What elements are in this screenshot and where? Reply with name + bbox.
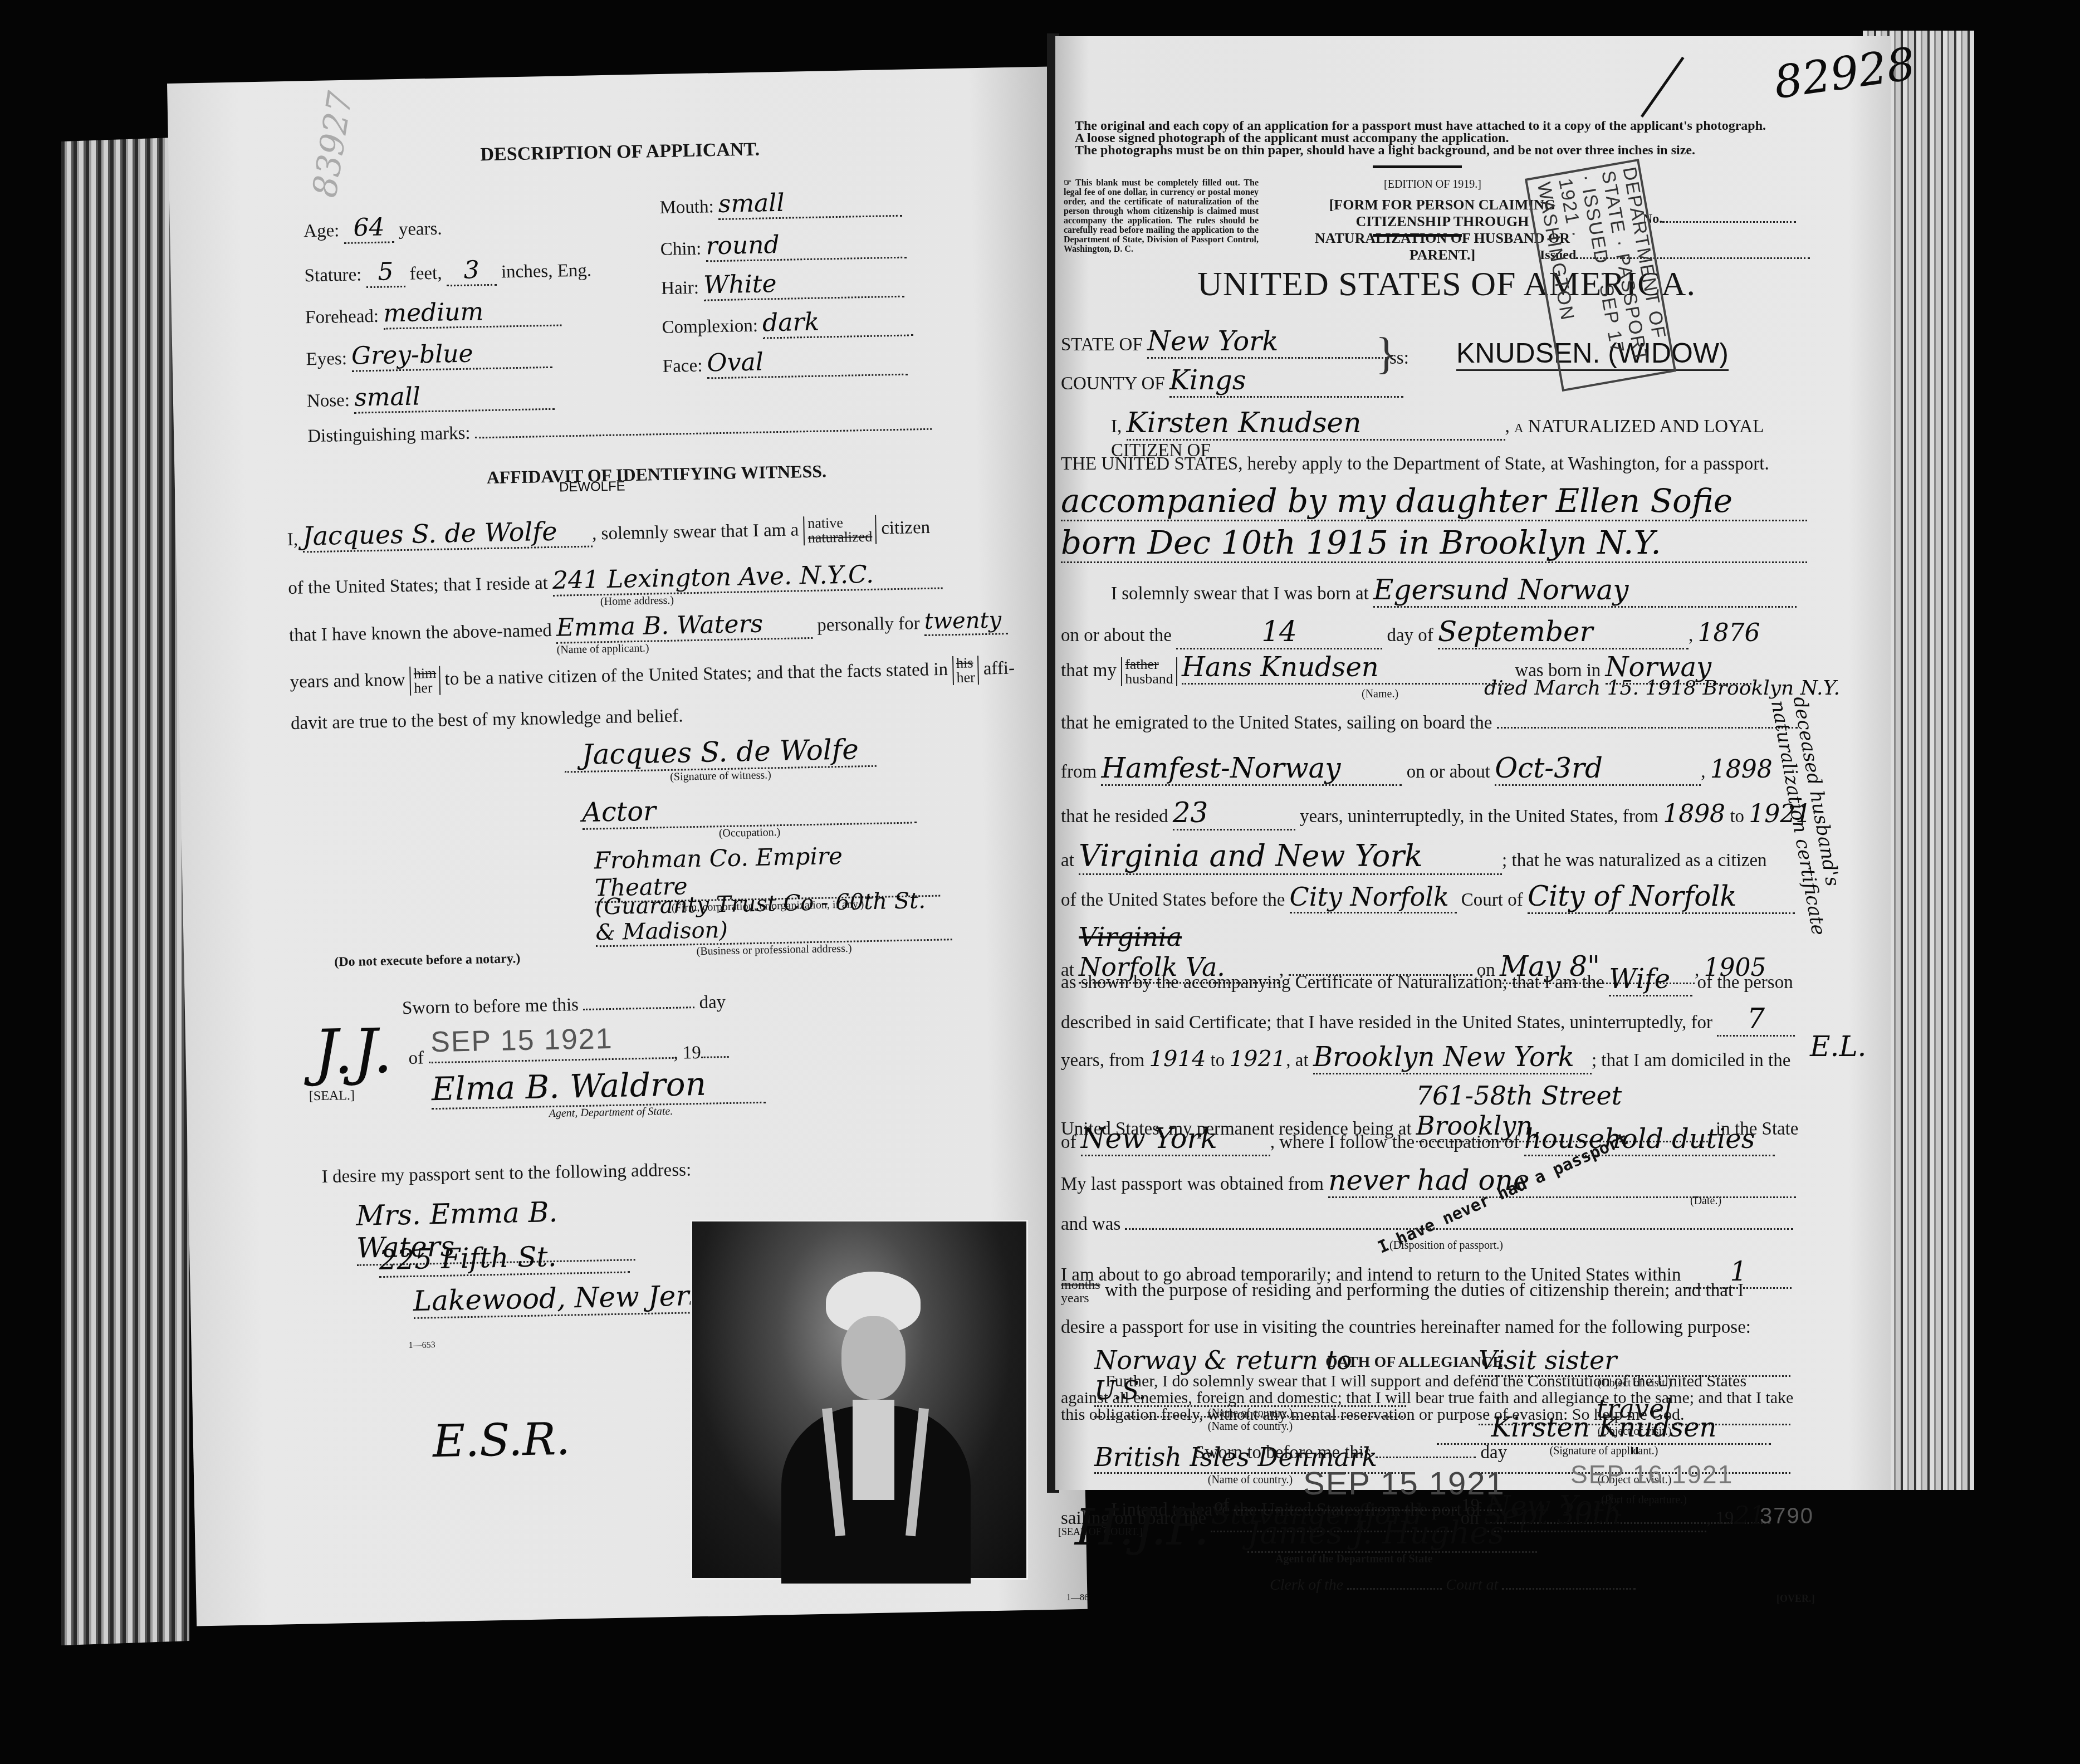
right-page: 82928 The original and each copy of an a…	[1055, 36, 1891, 1490]
number-field: No.	[1643, 212, 1796, 227]
agent-signature-block: Elma B. Waldron Agent, Department of Sta…	[431, 1064, 766, 1123]
husband-died-note: died March 15. 1918 Brooklyn N.Y.	[1484, 677, 1840, 700]
affidavit-line-1: I, Jacques S. de Wolfe, solemnly swear t…	[287, 507, 1011, 555]
applicant-name: Kirsten Knudsen	[1127, 407, 1505, 441]
mailing-line-2: 225 Fifth St.	[379, 1239, 630, 1278]
witness-signature-block: Jacques S. de Wolfe (Signature of witnes…	[564, 733, 877, 786]
over-label: [OVER.]	[1776, 1593, 1815, 1605]
right-agent-signature: James J. Hughes	[1247, 1515, 1537, 1553]
witness-seal-label: [SEAL.]	[309, 1088, 355, 1105]
forehead-field: Forehead: medium	[305, 296, 562, 331]
desire-line: desire a passport for use in visiting th…	[1061, 1317, 1841, 1338]
book-page-edges-left	[61, 137, 189, 1645]
complexion-field: Complexion: dark	[662, 306, 913, 341]
birthplace: Egersund Norway	[1373, 574, 1797, 608]
stature-field: Stature: 5 feet, 3 inches, Eng.	[304, 253, 592, 289]
emigrated-line: that he emigrated to the United States, …	[1061, 713, 1841, 734]
clerk-line: Clerk of the Court at	[1270, 1576, 1636, 1594]
mouth-field: Mouth: small	[659, 187, 902, 221]
affidavit-line-3: that I have known the above-named Emma B…	[288, 605, 1013, 662]
name-caption: (Name.)	[1362, 688, 1398, 701]
state-occupation-line: of New York, where I follow the occupati…	[1061, 1122, 1841, 1156]
notary-note: (Do not execute before a notary.)	[334, 951, 521, 970]
witness-occupation: Actor	[582, 790, 917, 830]
right-form-number: 1—86	[1066, 1593, 1089, 1603]
accompanied-line-2: born Dec 10th 1915 in Brooklyn N.Y.	[1061, 524, 1807, 563]
witness-business-address-block: (Guaranty Trust Co - 60th St. & Madison)…	[595, 887, 952, 960]
last-passport-line: My last passport was obtained from never…	[1061, 1164, 1841, 1198]
edition-label: [EDITION OF 1919.]	[1384, 178, 1481, 191]
county-field: COUNTY OF Kings	[1061, 365, 1403, 398]
husband-name: Hans Knudsen	[1182, 652, 1510, 685]
divider-top	[1373, 165, 1462, 168]
margin-initials: E.L.	[1810, 1030, 1867, 1063]
purpose-line: months years with the purpose of residin…	[1061, 1278, 1841, 1305]
apply-line: THE UNITED STATES, hereby apply to the D…	[1061, 454, 1769, 475]
resided-at-line: at Virginia and New York; that he was na…	[1061, 838, 1841, 875]
date-caption: (Date.)	[1690, 1195, 1721, 1208]
disposition-caption: (Disposition of passport.)	[1389, 1239, 1503, 1252]
accompanied-line-1: accompanied by my daughter Ellen Sofie	[1061, 482, 1807, 521]
sworn-of-line: of 19	[1214, 1496, 1502, 1516]
and-was-line: and was	[1061, 1214, 1841, 1235]
ss-label: ss:	[1389, 348, 1409, 369]
oath-title: OATH OF ALLEGIANCE.	[1325, 1353, 1507, 1371]
from-line: from Hamfest-Norway on or about Oct-3rd,…	[1061, 752, 1841, 786]
applicant-line: I, Kirsten Knudsen, a NATURALIZED AND LO…	[1111, 407, 1835, 461]
description-title: DESCRIPTION OF APPLICANT.	[480, 139, 760, 166]
photo-instructions: The original and each copy of an applica…	[1075, 120, 1799, 157]
agent-signature: Elma B. Waldron	[431, 1064, 766, 1110]
chin-field: Chin: round	[660, 228, 907, 263]
faint-corner-number: 83927	[305, 89, 360, 200]
hair-field: Hair: White	[661, 267, 904, 302]
stamp-number: 3790	[1760, 1504, 1814, 1529]
received-date-stamp: SEP 16 1921	[1570, 1459, 1733, 1489]
side-note: ☞ This blank must be completely filled o…	[1064, 178, 1259, 254]
sworn-line: Sworn to before me this day	[1195, 1443, 1507, 1463]
applicant-name: Emma B. Waters	[556, 609, 813, 644]
age-field: Age: 64 years.	[304, 212, 443, 245]
mailing-initials: E.S.R.	[432, 1413, 571, 1468]
court-line: of the United States before the City Nor…	[1061, 880, 1841, 914]
witness-occupation-block: Actor (Occupation.)	[582, 790, 917, 843]
resided-line: that he resided 23 years, uninterruptedl…	[1061, 797, 1841, 830]
affidavit-line-2: of the United States; that I reside at 2…	[288, 558, 1012, 614]
state-field: STATE OF New York	[1061, 326, 1387, 359]
seal-initials-right: H.J.F.	[1075, 1498, 1210, 1557]
affidavit-line-5: davit are true to the best of my knowled…	[291, 706, 683, 734]
witness-signature: Jacques S. de Wolfe	[564, 733, 877, 773]
nose-field: Nose: small	[306, 380, 555, 415]
witness-business-address: (Guaranty Trust Co - 60th St. & Madison)	[595, 887, 952, 947]
witness-sworn-line: Sworn to before me this day	[402, 992, 726, 1019]
left-form-number: 1—653	[408, 1340, 435, 1351]
applicant-photograph	[691, 1220, 1028, 1580]
face-field: Face: Oval	[662, 345, 908, 380]
affidavit-title: AFFIDAVIT OF IDENTIFYING WITNESS.	[486, 461, 826, 488]
affidavit-line-4: years and know him her to be a native ci…	[290, 654, 1042, 698]
witness-name: Jacques S. de Wolfe	[302, 516, 593, 553]
photo-collar	[853, 1400, 894, 1500]
self-residence-line: years, from 1914 to 1921, at Brooklyn Ne…	[1061, 1042, 1841, 1074]
mailing-label: I desire my passport sent to the followi…	[321, 1160, 691, 1188]
birth-date-line: on or about the 14 day of September, 187…	[1061, 615, 1841, 649]
applicant-signature: Kirsten Knudsen	[1437, 1412, 1771, 1445]
eyes-field: Eyes: Grey-blue	[306, 338, 552, 373]
witness-name-annotation: DEWOLFE	[559, 478, 625, 495]
divider-bottom	[1373, 234, 1462, 237]
relationship-line: as shown by the accompanying Certificate…	[1061, 964, 1841, 996]
age-value: 64	[344, 213, 394, 244]
distinguishing-marks-field: Distinguishing marks:	[307, 414, 932, 447]
right-agent-signature-block: James J. Hughes Agent of the Department …	[1247, 1515, 1537, 1566]
seal-initials: J.J.	[313, 1015, 393, 1088]
photo-face	[841, 1316, 906, 1400]
described-line: described in said Certificate; that I ha…	[1061, 1003, 1841, 1037]
born-at-line: I solemnly swear that I was born at Eger…	[1111, 574, 1835, 608]
